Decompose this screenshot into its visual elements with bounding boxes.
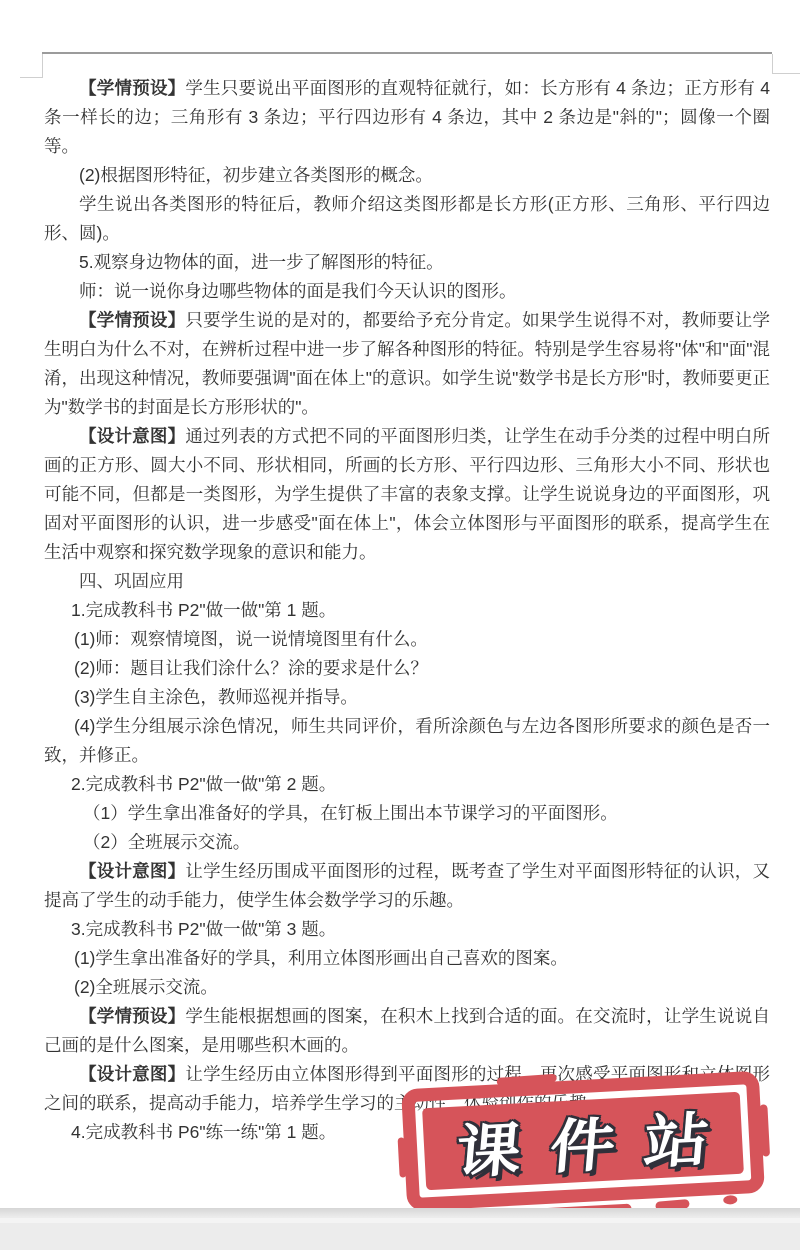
viewer-bottom-area [0,1208,800,1250]
paragraph: (1)学生拿出准备好的学具，利用立体图形画出自己喜欢的图案。 [44,944,770,973]
paragraph-text: （2）全班展示交流。 [83,832,250,852]
paragraph-text: 2.完成教科书 P2"做一做"第 2 题。 [71,774,336,794]
paragraph: (2)全班展示交流。 [44,973,770,1002]
stamp-text: 课件站 [424,1092,742,1191]
watermark-stamp: 课件站 [401,1071,765,1212]
paragraph: 师：说一说你身边哪些物体的面是我们今天认识的图形。 [44,277,770,306]
paragraph-text: 1.完成教科书 P2"做一做"第 1 题。 [71,600,336,620]
page-corner-mark-left [20,54,43,78]
paragraph-text: (2)根据图形特征，初步建立各类图形的概念。 [79,165,433,185]
paragraph-text: 4.完成教科书 P6"练一练"第 1 题。 [71,1122,336,1142]
document-viewer: 【学情预设】学生只要说出平面图形的直观特征就行，如：长方形有 4 条边；正方形有… [0,0,800,1250]
paragraph-label: 【设计意图】 [79,1064,185,1084]
paragraph: (4)学生分组展示涂色情况，师生共同评价，看所涂颜色与左边各图形所要求的颜色是否… [44,712,770,770]
page-top-edge [42,52,772,54]
document-text: 【学情预设】学生只要说出平面图形的直观特征就行，如：长方形有 4 条边；正方形有… [44,60,770,1147]
paragraph: （1）学生拿出准备好的学具，在钉板上围出本节课学习的平面图形。 [44,799,770,828]
paragraph-text: （1）学生拿出准备好的学具，在钉板上围出本节课学习的平面图形。 [83,803,618,823]
paragraph: 【设计意图】通过列表的方式把不同的平面图形归类，让学生在动手分类的过程中明白所画… [44,422,770,567]
paragraph: (2)师：题目让我们涂什么？涂的要求是什么？ [44,654,770,683]
paragraph-text: 师：说一说你身边哪些物体的面是我们今天认识的图形。 [79,281,517,301]
paragraph: 学生说出各类图形的特征后，教师介绍这类图形都是长方形(正方形、三角形、平行四边形… [44,190,770,248]
paragraph-label: 【学情预设】 [79,1006,185,1026]
page-corner-mark-right [772,54,800,74]
paragraph-label: 【设计意图】 [79,861,185,881]
paragraph-text: (1)师：观察情境图，说一说情境图里有什么。 [74,629,428,649]
paragraph: (1)师：观察情境图，说一说情境图里有什么。 [44,625,770,654]
paragraph-text: (4)学生分组展示涂色情况，师生共同评价，看所涂颜色与左边各图形所要求的颜色是否… [44,716,770,765]
paragraph-label: 【设计意图】 [79,426,185,446]
paragraph-text: 四、巩固应用 [79,571,184,591]
paragraph-text: 5.观察身边物体的面，进一步了解图形的特征。 [79,252,444,272]
paragraph: 3.完成教科书 P2"做一做"第 3 题。 [44,915,770,944]
paragraph-text: 通过列表的方式把不同的平面图形归类，让学生在动手分类的过程中明白所画的正方形、圆… [44,426,770,562]
paragraph: 2.完成教科书 P2"做一做"第 2 题。 [44,770,770,799]
paragraph-text: (3)学生自主涂色，教师巡视并指导。 [74,687,358,707]
paragraph: (3)学生自主涂色，教师巡视并指导。 [44,683,770,712]
paragraph: 1.完成教科书 P2"做一做"第 1 题。 [44,596,770,625]
paragraph-text: 3.完成教科书 P2"做一做"第 3 题。 [71,919,336,939]
paragraph-text: (2)全班展示交流。 [74,977,218,997]
paragraph: （2）全班展示交流。 [44,828,770,857]
paragraph-text: (1)学生拿出准备好的学具，利用立体图形画出自己喜欢的图案。 [74,948,568,968]
paragraph-label: 【学情预设】 [79,310,185,330]
paragraph: (2)根据图形特征，初步建立各类图形的概念。 [44,161,770,190]
paragraph: 【学情预设】学生只要说出平面图形的直观特征就行，如：长方形有 4 条边；正方形有… [44,74,770,161]
paragraph: 四、巩固应用 [44,567,770,596]
stamp-inner-panel: 课件站 [422,1092,744,1191]
paragraph-text: 学生说出各类图形的特征后，教师介绍这类图形都是长方形(正方形、三角形、平行四边形… [44,194,770,243]
stamp-distress-mark [723,1195,737,1205]
paragraph: 5.观察身边物体的面，进一步了解图形的特征。 [44,248,770,277]
paragraph: 【设计意图】让学生经历围成平面图形的过程，既考查了学生对平面图形特征的认识，又提… [44,857,770,915]
paragraph: 【学情预设】学生能根据想画的图案，在积木上找到合适的面。在交流时，让学生说说自己… [44,1002,770,1060]
paragraph-text: (2)师：题目让我们涂什么？涂的要求是什么？ [74,658,428,678]
paragraph-label: 【学情预设】 [79,78,185,98]
paragraph: 【学情预设】只要学生说的是对的，都要给予充分肯定。如果学生说得不对，教师要让学生… [44,306,770,422]
